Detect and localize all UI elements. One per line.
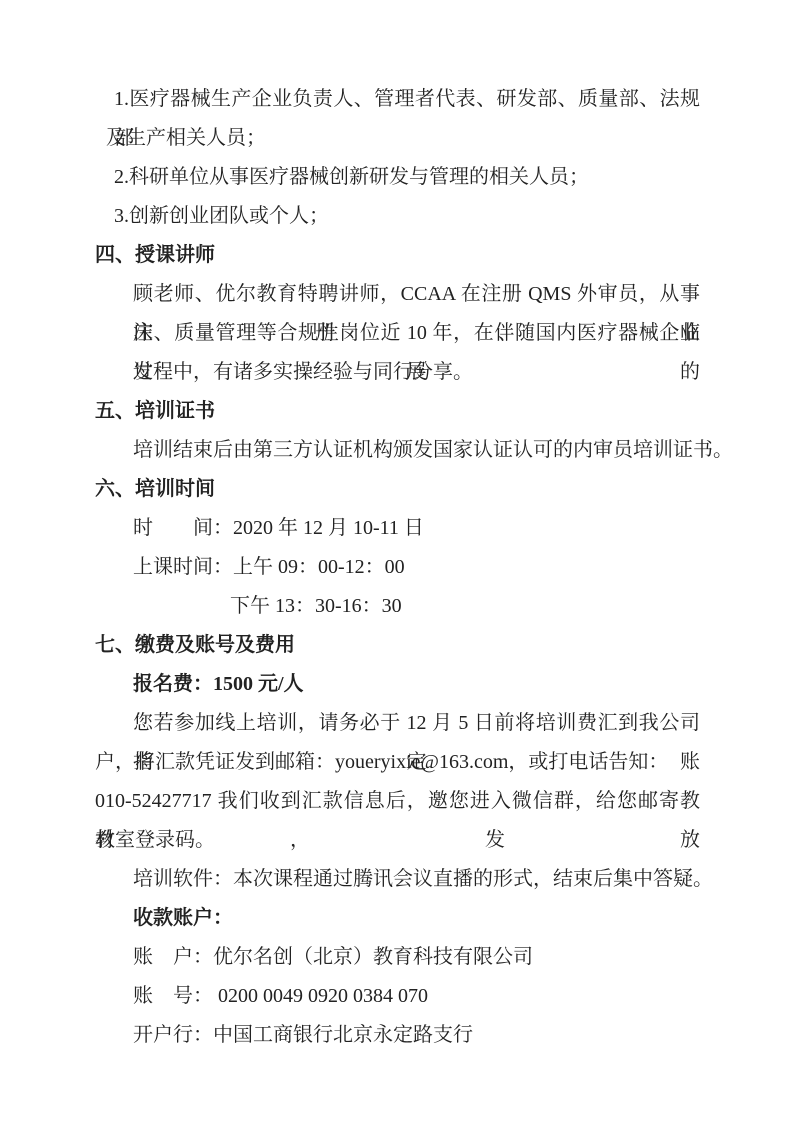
payment-paragraph-line-2: 户，将汇款凭证发到邮箱：youeryixie@163.com，或打电话告知：	[95, 743, 700, 782]
section-payment-heading: 七、缴费及账号及费用	[95, 626, 700, 665]
schedule-afternoon-line: 下午 13：30-16：30	[230, 587, 700, 626]
payment-bank-line: 开户行：中国工商银行北京永定路支行	[133, 1016, 700, 1055]
payment-paragraph-line-1: 您若参加线上培训，请务必于 12 月 5 日前将培训费汇到我公司指定账	[133, 704, 700, 743]
trainee-item-1-line-2: 及生产相关人员；	[106, 119, 700, 158]
section-lecturer-line-1: 顾老师、优尔教育特聘讲师，CCAA 在注册 QMS 外审员，从事注册、临	[133, 275, 700, 314]
section-lecturer-line-2: 床、质量管理等合规性岗位近 10 年，在伴随国内医疗器械企业发展的	[133, 314, 700, 353]
schedule-morning-line: 上课时间：上午 09：00-12：00	[133, 548, 700, 587]
document-page: 1.医疗器械生产企业负责人、管理者代表、研发部、质量部、法规部 及生产相关人员；…	[0, 0, 796, 1126]
trainee-item-2: 2.科研单位从事医疗器械创新研发与管理的相关人员；	[114, 158, 700, 197]
trainee-item-3: 3.创新创业团队或个人；	[114, 197, 700, 236]
payment-fee-line: 报名费：1500 元/人	[133, 665, 700, 704]
section-certificate-body: 培训结束后由第三方认证机构颁发国家认证认可的内审员培训证书。	[133, 431, 700, 470]
payment-paragraph-line-3: 010-52427717 我们收到汇款信息后，邀您进入微信群，给您邮寄教材，发放	[95, 782, 700, 821]
payment-account-number: 账 号： 0200 0049 0920 0384 070	[133, 977, 700, 1016]
payment-account-name: 账 户：优尔名创（北京）教育科技有限公司	[133, 938, 700, 977]
payment-software-line: 培训软件：本次课程通过腾讯会议直播的形式，结束后集中答疑。	[133, 860, 700, 899]
section-certificate-heading: 五、培训证书	[95, 392, 700, 431]
section-schedule-heading: 六、培训时间	[95, 470, 700, 509]
trainee-item-1-line-1: 1.医疗器械生产企业负责人、管理者代表、研发部、质量部、法规部	[114, 80, 700, 119]
section-lecturer-heading: 四、授课讲师	[95, 236, 700, 275]
payment-account-heading: 收款账户：	[133, 899, 700, 938]
schedule-date-line: 时 间：2020 年 12 月 10-11 日	[133, 509, 700, 548]
